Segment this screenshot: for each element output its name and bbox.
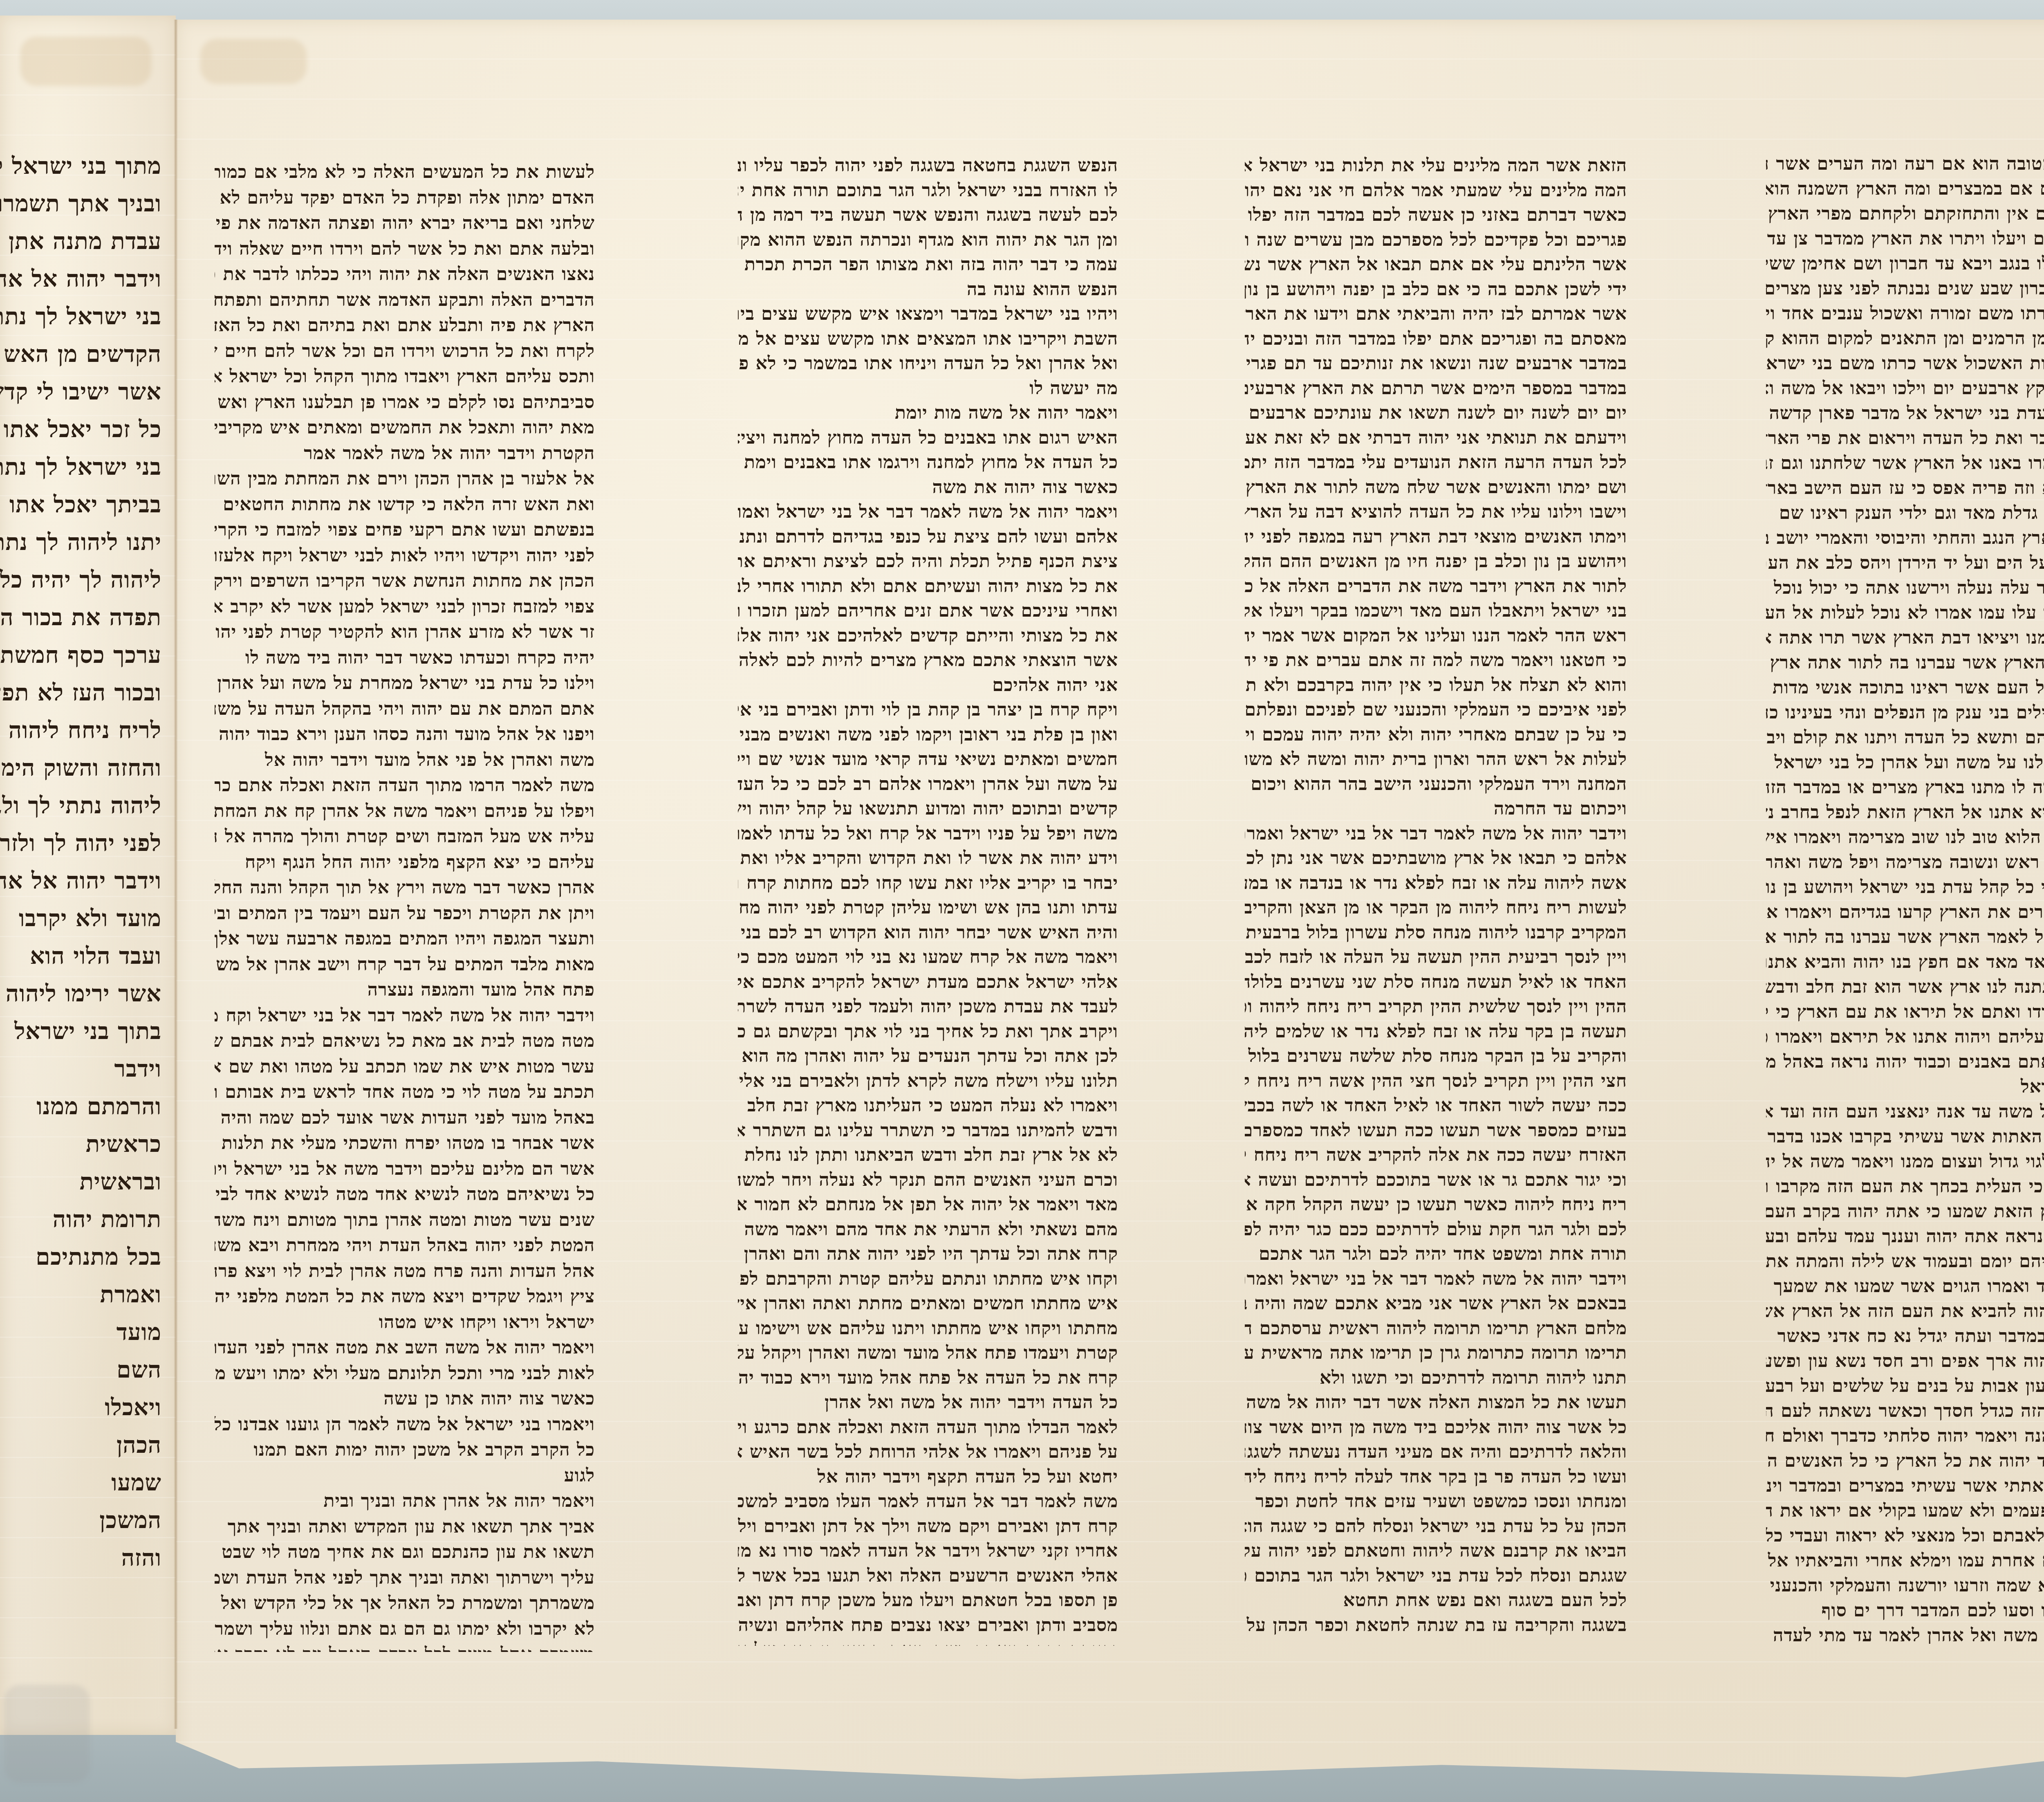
- text-line: יתנו ליהוה לך נתתים: [0, 523, 161, 561]
- text-line: עליה אש מעל המזבח ושים קטרת והולך מהרה א…: [215, 824, 595, 850]
- text-line: ובלעה אתם ואת כל אשר להם וירדו חיים שאלה…: [215, 236, 595, 262]
- text-line: הנפש השגגת בחטאה בשגגה לפני יהוה לכפר על…: [738, 153, 1118, 178]
- text-line: משה ואהרן אל פני אהל מועד וידבר יהוה אל: [215, 747, 595, 773]
- text-line: באהל מועד לפני העדות אשר אועד לכם שמה וה…: [215, 1105, 595, 1131]
- text-line: פגריכם וכל פקדיכם לכל מספרכם מבן עשרים ש…: [1245, 228, 1627, 253]
- text-line: ושם ימתו והאנשים אשר שלח משה לתור את האר…: [1245, 475, 1627, 500]
- text-line: הכהן על כל עדת בני ישראל ונסלח להם כי שג…: [1245, 1514, 1627, 1539]
- text-line: וישבו וילונו עליו את כל העדה להוציא דבה …: [1245, 500, 1627, 525]
- text-line: וידבר יהוה אל אהרן וא: [0, 260, 161, 298]
- text-line: ולמה יהוה מביא אתנו אל הארץ הזאת לנפל בח…: [1766, 800, 2044, 825]
- text-line: בני ישראל לך נתתים ל: [0, 298, 161, 335]
- text-line: כי חטאנו ויאמר משה למה זה אתם עברים את פ…: [1245, 648, 1627, 673]
- text-line: ויאמר יהוה אל משה עד אנה ינאצני העם הזה …: [1766, 1099, 2044, 1124]
- text-line: ביהוה אל תמרדו ואתם אל תיראו את עם הארץ …: [1766, 999, 2044, 1024]
- text-line: ובראשית: [0, 1163, 161, 1201]
- text-line: להם וישחטם במדבר ועתה יגדל נא כח אדני כא…: [1766, 1324, 2044, 1349]
- text-line: מאות מלבד המתים על דבר קרח וישב אהרן אל …: [215, 952, 595, 978]
- text-line: דברת לאמר יהוה ארך אפים ורב חסד נשא עון …: [1766, 1349, 2044, 1373]
- text-line: וידבר יהוה אל משה לאמר דבר אל בני ישראל …: [215, 1003, 595, 1029]
- text-line: הזה כאיש אחד ואמרו הגוים אשר שמעו את שמע…: [1766, 1274, 2044, 1299]
- text-line: טובה הארץ מאד מאד אם חפץ בנו יהוה והביא …: [1766, 949, 2044, 974]
- text-line: הנפש ההוא עונה בה: [738, 277, 1118, 302]
- text-line: לכם לעשה בשגגה והנפש אשר תעשה ביד רמה מן…: [738, 203, 1118, 228]
- text-line: והערים בצרות גדלת מאד וגם ילדי הענק ראינ…: [1766, 500, 2044, 525]
- text-line: ישראל לאמר הארץ אשר עברנו בה לתור אתה אר…: [1766, 650, 2044, 675]
- text-line: מלחם הארץ תרימו תרומה ליהוה ראשית ערסתכם…: [1245, 1316, 1627, 1341]
- text-line: ציצת הכנף פתיל תכלת והיה לכם לציצת וראית…: [738, 549, 1118, 574]
- text-line: מאסתם בה ופגריכם אתם יפלו במדבר הזה ובני…: [1245, 327, 1627, 352]
- text-line: האזרח יעשה ככה את אלה להקריב אשה ריח ניח…: [1245, 1143, 1627, 1168]
- text-line: בנפשתם ועשו אתם רקעי פחים צפוי למזבח כי …: [215, 517, 595, 543]
- text-line: שמעו: [0, 1464, 161, 1501]
- text-line: כל העדה אל מחוץ למחנה וירגמו אתו באבנים …: [738, 450, 1118, 475]
- text-line: וידעתם את תנואתי אני יהוה דברתי אם לא זא…: [1245, 426, 1627, 451]
- text-line: ויאמרו לא נעלה המעט כי העליתנו מארץ זבת …: [738, 1093, 1118, 1118]
- text-line: על משה ועל אהרן ויאמרו אלהם רב לכם כי כל…: [738, 772, 1118, 797]
- text-line: ואמרת: [0, 1276, 161, 1313]
- text-line: ואת האש זרה הלאה כי קדשו את מחתות החטאים…: [215, 492, 595, 518]
- text-line: אשר אמרתם לבז יהיה והביאתי אתם וידעו את …: [1245, 302, 1627, 327]
- text-line: ועבד הלוי הוא: [0, 937, 161, 975]
- text-line: תכתב על מטה לוי כי מטה אחד לראש בית אבות…: [215, 1079, 595, 1105]
- text-line: בלילה ההוא וילנו על משה ועל אהרן כל בני …: [1766, 750, 2044, 775]
- text-line: הביאו את קרבנם אשה ליהוה וחטאתם לפני יהו…: [1245, 1539, 1627, 1564]
- text-line: אשר הלינתם עלי אם אתם תבאו אל הארץ אשר נ…: [1245, 252, 1627, 277]
- text-line: לפני איביכם כי העמלקי והכנעני שם לפניכם …: [1245, 698, 1627, 723]
- sheet-seam-left: [174, 20, 178, 1729]
- text-line: אשכול על אדות האשכול אשר כרתו משם בני יש…: [1766, 351, 2044, 376]
- text-line: וטפנו יהיו לבז הלוא טוב לנו שוב מצרימה ו…: [1766, 825, 2044, 850]
- text-line: בביתך יאכל אתו כל: [0, 486, 161, 523]
- text-line: תרימו תרומה כתרומת גרן כן תרימו אתה מראש…: [1245, 1341, 1627, 1366]
- text-line: וידבר יהוה אל משה לאמר דבר אל בני ישראל …: [1245, 821, 1627, 846]
- text-line: אתי זה עשר פעמים ולא שמעו בקולי אם יראו …: [1766, 1498, 2044, 1523]
- text-line: קטרת ויעמדו פתח אהל מועד ומשה ואהרן ויקה…: [738, 1341, 1118, 1366]
- text-line: בעמק מחר פנו וסעו לכם המדבר דרך ים סוף: [1766, 1598, 2044, 1623]
- text-line: לאות לבני מרי ותכל תלונתם מעלי ולא ימתו …: [215, 1361, 595, 1387]
- text-line: והיה האיש אשר יבחר יהוה הוא הקדוש רב לכם…: [738, 920, 1118, 945]
- text-line: לקרח ואת כל הרכוש וירדו הם וכל אשר להם ח…: [215, 339, 595, 364]
- text-line: עמלק יושב בארץ הנגב והחתי והיבוסי והאמרי…: [1766, 525, 2044, 550]
- text-line: עליך וישרתוך ואתה ובניך אתך לפני אהל העד…: [215, 1565, 595, 1591]
- text-line: משמרתך ומשמרת כל האהל אך אל כלי הקדש ואל…: [215, 1591, 595, 1616]
- text-line: ראש ההר לאמר הננו ועלינו אל המקום אשר אמ…: [1245, 624, 1627, 649]
- text-line: בהנה הבמחנים אם במבצרים ומה הארץ השמנה ה…: [1766, 176, 2044, 201]
- text-line: תלונו עליו וישלח משה לקרא לדתן ולאבירם ב…: [738, 1069, 1118, 1094]
- text-line: שנים עשר מטות ומטה אהרן בתוך מטותם וינח …: [215, 1207, 595, 1233]
- text-line: האיש רגום אתו באבנים כל העדה מחוץ למחנה …: [738, 426, 1118, 451]
- text-line: אלהם כי תבאו אל ארץ מושבתיכם אשר אני נתן…: [1245, 846, 1627, 871]
- text-line: קרח את כל העדה אל פתח אהל מועד וירא כבוד…: [738, 1366, 1118, 1391]
- text-line: פתח אהל מועד והמגפה נעצרה: [215, 977, 595, 1003]
- text-line: עקב היתה רוח אחרת עמו וימלא אחרי והביאתי…: [1766, 1548, 2044, 1573]
- text-line: ומן הגר את יהוה הוא מגדף ונכרתה הנפש ההו…: [738, 228, 1118, 253]
- text-line: כל נשיאיהם מטה לנשיא אחד מטה לנשיא אחד ל…: [215, 1182, 595, 1207]
- text-line: כל זכר יאכל אתו קד: [0, 411, 161, 448]
- text-line: יהיה כקרח וכעדתו כאשר דבר יהוה ביד משה ל…: [215, 645, 595, 671]
- text-line: יום יום לשנה יום לשנה תשאו את עונתיכם אר…: [1245, 401, 1627, 426]
- text-line: לריח ניחח ליהוה: [0, 711, 161, 749]
- text-line: השם: [0, 1351, 161, 1389]
- text-line: שגגתם ונסלח לכל עדת בני ישראל ולגר הגר ב…: [1245, 1564, 1627, 1589]
- text-line: במוט בשנים ומן הרמנים ומן התאנים למקום ה…: [1766, 326, 2044, 351]
- text-line: מאד ויאמר אל יהוה אל תפן אל מנחתם לא חמו…: [738, 1192, 1118, 1217]
- text-line: עליהם כי יצא הקצף מלפני יהוה החל הנגף וי…: [215, 850, 595, 875]
- text-line: אשר ירימו ליהוה: [0, 975, 161, 1012]
- text-line: וידבר: [0, 1050, 161, 1088]
- parchment-stain: [4, 1685, 90, 1783]
- text-line: כל הקרב הקרב אל משכן יהוה ימות האם תמנו: [215, 1437, 595, 1463]
- text-line: וידבר יהוה אל משה ואל אהרן לאמר עד מתי ל…: [1766, 1623, 2044, 1644]
- text-line: ויפלו על פניהם ויאמר משה אל אהרן קח את ה…: [215, 799, 595, 824]
- text-line: משה ויפל על פניו וידבר אל קרח ואל כל עדת…: [738, 821, 1118, 846]
- text-line: ודבש להמיתנו במדבר כי תשתרר עלינו גם השת…: [738, 1118, 1118, 1143]
- text-line: ממצרים ועד הנה ויאמר יהוה סלחתי כדברך וא…: [1766, 1423, 2044, 1448]
- text-line: עשר מטות איש את שמו תכתב על מטהו ואת שם …: [215, 1054, 595, 1080]
- text-line: לפני יהוה ויקדשו ויהיו לאות לבני ישראל ו…: [215, 543, 595, 569]
- text-line: עמה כי דבר יהוה בזה ואת מצותו הפר הכרת ת…: [738, 252, 1118, 277]
- text-line: תתנו ליהוה תרומה לדרתיכם וכי תשגו ולא: [1245, 1366, 1627, 1391]
- text-line: המשכן: [0, 1501, 161, 1539]
- text-line: חמשים ומאתים נשיאי עדה קראי מועד אנשי שם…: [738, 747, 1118, 772]
- text-line: ואחרי עיניכם אשר אתם זנים אחריהם למען תז…: [738, 599, 1118, 624]
- text-line: בן יפנה מן התרים את הארץ קרעו בגדיהם ויא…: [1766, 900, 2044, 925]
- text-line: אחריו זקני ישראל וידבר אל העדה לאמר סורו…: [738, 1539, 1118, 1564]
- text-line: קרח אתה וכל עדתך היו לפני יהוה אתה והם ו…: [738, 1242, 1118, 1267]
- text-line: בני ישראל לך נתתיו: [0, 448, 161, 486]
- parchment-stain: [200, 39, 307, 84]
- text-line: את כל מצותי והייתם קדשים לאלהיכם אני יהו…: [738, 624, 1118, 649]
- text-line: אלהי ישראל אתכם מעדת ישראל להקריב אתכם א…: [738, 970, 1118, 995]
- text-line: לעבד את עבדת משכן יהוה ולעמד לפני העדה ל…: [738, 994, 1118, 1019]
- text-line: ותכס עליהם הארץ ויאבדו מתוך הקהל וכל ישר…: [215, 364, 595, 390]
- text-line: ימי בכורי ענבים ויעלו ויתרו את הארץ ממדב…: [1766, 226, 2044, 251]
- text-line: יושביה הוא וכל העם אשר ראינו בתוכה אנשי …: [1766, 675, 2044, 700]
- text-line: כל העדה וידבר יהוה אל משה ואל אהרן: [738, 1390, 1118, 1415]
- text-line: כאשר צוה יהוה אתו כן עשה: [215, 1386, 595, 1412]
- text-line: אשר נשבעתי לאבתם וכל מנאצי לא יראוה ועבד…: [1766, 1523, 2044, 1548]
- text-line: תורה אחת ומשפט אחד יהיה לכם ולגר הגר אתכ…: [1245, 1242, 1627, 1267]
- parchment-stain: [20, 37, 151, 86]
- text-line: כי על כן שבתם מאחרי יהוה ולא יהיה יהוה ע…: [1245, 723, 1627, 747]
- text-line: אהרן כאשר דבר משה וירץ אל תוך הקהל והנה …: [215, 875, 595, 901]
- text-line: ובניך אתך תשמרו את כ: [0, 185, 161, 222]
- text-line: אתה הלך לפניהם יומם ובעמוד אש לילה והמתה…: [1766, 1249, 2044, 1274]
- text-line: בשגגה והקריבה עז בת שנתה לחטאת וכפר הכהן…: [1245, 1613, 1627, 1638]
- text-line: אהרן ואל כל עדת בני ישראל אל מדבר פארן ק…: [1766, 401, 2044, 426]
- text-column-2: לעשות את כל המעשים האלה כי לא מלבי אם כמ…: [215, 159, 595, 1652]
- text-line: אני יהוה אלהיכם: [738, 673, 1118, 698]
- text-line: ואעשה אתך לגוי גדול ועצום ממנו ויאמר משה…: [1766, 1149, 2044, 1174]
- text-line: לאמר הבדלו מתוך העדה הזאת ואכלה אתם כרגע…: [738, 1415, 1118, 1440]
- text-line: כי חזק הוא ממנו ויציאו דבת הארץ אשר תרו …: [1766, 625, 2044, 650]
- text-line: והוא לא תצלח אל תעלו כי אין יהוה בקרבכם …: [1245, 673, 1627, 698]
- text-line: על פניהם ויאמרו אל אלהי הרוחת לכל בשר הא…: [738, 1440, 1118, 1465]
- text-line: מטה מטה לבית אב מאת כל נשיאהם לבית אבתם …: [215, 1028, 595, 1054]
- text-line: את כל מצות יהוה ועשיתם אתם ולא תתורו אחר…: [738, 574, 1118, 599]
- text-line: והאנשים אשר עלו עמו אמרו לא נוכל לעלות א…: [1766, 600, 2044, 625]
- text-line: הם סר צלם מעליהם ויהוה אתנו אל תיראם ויא…: [1766, 1024, 2044, 1049]
- text-line: על פניהם לפני כל קהל עדת בני ישראל ויהוש…: [1766, 875, 2044, 900]
- text-line: ויקח קרח בן יצהר בן קהת בן לוי ודתן ואבי…: [738, 698, 1118, 723]
- text-line: משה לאמר הרמו מתוך העדה הזאת ואכלה אתם כ…: [215, 773, 595, 799]
- text-line: ילידי הענק וחברון שבע שנים נבנתה לפני צע…: [1766, 276, 2044, 301]
- text-line: אל אלעזר בן אהרן הכהן וירם את המחתת מבין…: [215, 466, 595, 492]
- text-line: וימתו האנשים מוצאי דבת הארץ רעה במגפה לפ…: [1245, 525, 1627, 550]
- text-line: עדת בני ישראל לאמר הארץ אשר עברנו בה לתו…: [1766, 925, 2044, 949]
- text-line: ככה יעשה לשור האחד או לאיל האחד או לשה ב…: [1245, 1093, 1627, 1118]
- text-line: הכהן: [0, 1426, 161, 1464]
- text-line: הארץ הזאת ונתנה לנו ארץ אשר הוא זבת חלב …: [1766, 974, 2044, 999]
- text-line: ראינו את הנפילים בני ענק מן הנפלים ונהי …: [1766, 700, 2044, 725]
- text-line: צפוי למזבח זכרון לבני ישראל למען אשר לא …: [215, 594, 595, 620]
- text-line: וקחו איש מחתתו ונתתם עליהם קטרת והקרבתם …: [738, 1267, 1118, 1292]
- text-line: קדשים ובתוכם יהוה ומדוע תתנשאו על קהל יה…: [738, 797, 1118, 821]
- text-line: לכן אתה וכל עדתך הנעדים על יהוה ואהרן מה…: [738, 1044, 1118, 1069]
- text-line: אשה ליהוה עלה או זבח לפלא נדר או בנדבה א…: [1245, 871, 1627, 896]
- text-line: ויאמרו בני ישראל אל משה לאמר הן גוענו אב…: [215, 1412, 595, 1438]
- text-line: וכי יגור אתכם גר או אשר בתוככם לדרתיכם ו…: [1245, 1168, 1627, 1193]
- text-line: השבת ויקריבו אתו המצאים אתו מקשש עצים אל…: [738, 327, 1118, 352]
- text-line: בתוך בני ישראל: [0, 1012, 161, 1050]
- text-line: כראשית: [0, 1125, 161, 1163]
- text-line: תעשו את כל המצות האלה אשר דבר יהוה אל מש…: [1245, 1390, 1627, 1415]
- text-line: אל כל בני ישראל: [1766, 1074, 2044, 1099]
- text-line: הארץ אשר בא שמה וזרעו יורשנה והעמלקי והכ…: [1766, 1573, 2044, 1598]
- text-line: אשר אבחר בו מטהו יפרח והשכתי מעלי את תלנ…: [215, 1131, 595, 1156]
- text-line: ליהוה נתתי לך ולבניך: [0, 787, 161, 824]
- text-line: סביבתיהם נסו לקלם כי אמרו פן תבלענו הארץ…: [215, 390, 595, 415]
- text-line: ותעצר המגפה ויהיו המתים במגפה ארבעה עשר …: [215, 926, 595, 952]
- text-line: והכנעני יושב על הים ועל יד הירדן ויהס כל…: [1766, 550, 2044, 575]
- text-line: חלב ודבש הוא וזה פריה אפס כי עז העם הישב…: [1766, 476, 2044, 500]
- text-line: שלחני ואם בריאה יברא יהוה ופצתה האדמה את…: [215, 211, 595, 236]
- text-line: אהלי האנשים הרשעים האלה ואל תגעו בכל אשר…: [738, 1564, 1118, 1589]
- text-line: והרמתם ממנו: [0, 1088, 161, 1125]
- text-line: את כבדי ואת אתתי אשר עשיתי במצרים ובמדבר…: [1766, 1473, 2044, 1498]
- text-line: הקדשים מן האש כל ק: [0, 335, 161, 373]
- text-line: האדם ימתון אלה ופקדת כל האדם יפקד עליהם …: [215, 185, 595, 211]
- text-line: ויאמר משה אל קרח שמעו נא בני לוי המעט מכ…: [738, 945, 1118, 970]
- text-line: מועד ולא יקרבו: [0, 900, 161, 937]
- text-line: ויין לנסך רביעית ההין תעשה על העלה או לז…: [1245, 945, 1627, 970]
- text-line: המה מלינים עלי שמעתי אמר אלהם חי אני נאם…: [1245, 178, 1627, 203]
- text-line: לא אל ארץ זבת חלב ודבש הביאתנו ותתן לנו …: [738, 1143, 1118, 1168]
- text-line: מה יעשה לו: [738, 376, 1118, 401]
- text-line: במדבר במספר הימים אשר תרתם את הארץ ארבעי…: [1245, 376, 1627, 401]
- text-line: בני ישראל ויתאבלו העם מאד וישכמו בבקר וי…: [1245, 599, 1627, 624]
- text-line: משמרת אהל מועד לכל עבדת האהל וזר לא יקרב…: [215, 1642, 595, 1652]
- text-line: לכם ולגר הגר חקת עולם לדרתיכם ככם כגר יה…: [1245, 1217, 1627, 1242]
- text-line: ערכך כסף חמשת שקלים: [0, 636, 161, 674]
- text-line: אלהם ועשו להם ציצת על כנפי בגדיהם לדרתם …: [738, 525, 1118, 550]
- text-line: הדברים האלה ותבקע האדמה אשר תחתיהם ותפתח: [215, 287, 595, 313]
- text-line: לא יקרבו ולא ימתו גם הם גם אתם ונלוו עלי…: [215, 1616, 595, 1642]
- text-line: עבדת מתנה אתן את כ: [0, 222, 161, 260]
- text-line: אביך אתך תשאו את עון המקדש ואתה ובניך את…: [215, 1514, 595, 1540]
- text-line: המחנה וירד העמלקי והכנעני הישב בהר ההוא …: [1245, 772, 1627, 797]
- text-line: כל אשר צוה יהוה אליכם ביד משה מן היום אש…: [1245, 1415, 1627, 1440]
- text-line: קרח דתן ואבירם ויקם משה וילך אל דתן ואבי…: [738, 1514, 1118, 1539]
- text-line: חצי ההין ויין תקריב לנסך חצי ההין אשה רי…: [1245, 1069, 1627, 1094]
- text-line: אל יושב הארץ הזאת שמעו כי אתה יהוה בקרב …: [1766, 1199, 2044, 1224]
- text-line: לכל העדה הרעה הזאת הנועדים עלי במדבר הזה…: [1245, 450, 1627, 475]
- text-line: יאמינו בי בכל האתות אשר עשיתי בקרבו אכנו…: [1766, 1124, 2044, 1149]
- text-column-4: הזאת אשר המה מלינים עלי את תלנות בני ישר…: [1245, 153, 1627, 1646]
- text-line: משה לאמר דבר אל העדה לאמר העלו מסביב למש…: [738, 1489, 1118, 1514]
- text-line: לא ינקה פקד עון אבות על בנים על שלשים וע…: [1766, 1373, 2044, 1398]
- text-line: לו האזרח בבני ישראל ולגר הגר בתוכם תורה …: [738, 178, 1118, 203]
- text-line: מועד: [0, 1313, 161, 1351]
- text-line: ויאמר יהוה אל משה השב את מטה אהרן לפני ה…: [215, 1335, 595, 1361]
- text-line: ויפנו אל אהל מועד והנה כסהו הענן וירא כב…: [215, 722, 595, 747]
- text-line: היש בה עץ אם אין והתחזקתם ולקחתם מפרי הא…: [1766, 201, 2044, 226]
- text-line: ויתן את הקטרת ויכפר על העם ויעמד בין המת…: [215, 901, 595, 927]
- text-line: מתור הארץ מקץ ארבעים יום וילכו ויבאו אל …: [1766, 376, 2044, 401]
- text-line: אשר הם מלינם עליכם וידבר משה אל בני ישרא…: [215, 1156, 595, 1182]
- text-line: כאשר דברתם באזני כן אעשה לכם במדבר הזה י…: [1245, 203, 1627, 228]
- text-line: המקריב קרבנו ליהוה מנחה סלת עשרון בלול ב…: [1245, 920, 1627, 945]
- text-line: מבלתי יכלת יהוה להביא את העם הזה אל הארץ…: [1766, 1299, 2044, 1324]
- text-line: לפני יהוה לך ולזרעך: [0, 824, 161, 862]
- text-line: אשר ישיבו לי קדש ק: [0, 373, 161, 411]
- text-line: והזה: [0, 1539, 161, 1577]
- text-line: אני וימלא כבוד יהוה את כל הארץ כי כל האנ…: [1766, 1448, 2044, 1473]
- text-line: והלאה לדרתיכם והיה אם מעיני העדה נעשתה ל…: [1245, 1440, 1627, 1465]
- text-line: מאת יהוה ותאכל את החמשים ומאתים איש מקרי…: [215, 415, 595, 441]
- text-line: ובניהם וטפם ויאמר משה בזאת תדעון כי יהוה…: [738, 1638, 1118, 1646]
- text-line: לגוע: [215, 1463, 595, 1489]
- text-line: ויהושע בן נון וכלב בן יפנה חיו מן האנשים…: [1245, 549, 1627, 574]
- text-line: וישיבו אתם דבר ואת כל העדה ויראום את פרי…: [1766, 426, 2044, 451]
- text-line: המטת לפני יהוה באהל העדת ויהי ממחרת ויבא…: [215, 1233, 595, 1259]
- text-line: וידע יהוה את אשר לו ואת הקדוש והקריב אלי…: [738, 846, 1118, 871]
- text-line: בבאכם אל הארץ אשר אני מביא אתכם שמה והיה…: [1245, 1291, 1627, 1316]
- text-line: ואון בן פלת בני ראובן ויקמו לפני משה ואנ…: [738, 723, 1118, 747]
- text-line: העדה לרגום אתם באבנים וכבוד יהוה נראה בא…: [1766, 1049, 2044, 1074]
- text-line: איש מחתתו חמשים ומאתים מחתת ואתה ואהרן א…: [738, 1291, 1118, 1316]
- text-line: כאשר צוה יהוה את משה: [738, 475, 1118, 500]
- text-line: ויקרב אתך ואת כל אחיך בני לוי אתך ובקשתם…: [738, 1019, 1118, 1044]
- text-line: לעלות אל ראש ההר וארון ברית יהוה ומשה לא…: [1245, 747, 1627, 772]
- text-line: לתור את הארץ וידבר משה את הדברים האלה אל…: [1245, 574, 1627, 599]
- text-line: מהם נשאתי ולא הרעתי את אחד מהם ויאמר משה…: [738, 1217, 1118, 1242]
- text-line: נאצו האנשים האלה את יהוה ויהי ככלתו לדבר…: [215, 262, 595, 287]
- text-line: הקטרת וידבר יהוה אל משה לאמר אמר: [215, 441, 595, 467]
- text-line: ציץ ויגמל שקדים ויצא משה את כל המטת מלפנ…: [215, 1284, 595, 1310]
- text-line: וכן היינו בעיניהם ותשא כל העדה ויתנו את …: [1766, 725, 2044, 750]
- text-line: ושמעו מצרים כי העלית בכחך את העם הזה מקר…: [1766, 1174, 2044, 1199]
- text-line: הארץ את פיה ותבלע אתם ואת בתיהם ואת כל ה…: [215, 313, 595, 339]
- text-line: לעשות ריח ניחח ליהוה מן הבקר או מן הצאן …: [1245, 895, 1627, 920]
- text-line: במדבר ארבעים שנה ונשאו את זנותיכם עד תם …: [1245, 351, 1627, 376]
- text-line: ישראל ויראו ויקחו איש מטהו: [215, 1310, 595, 1335]
- text-column-5: הוא ישב בה הטובה הוא אם רעה ומה הערים אש…: [1766, 151, 2044, 1644]
- text-line: הוא ישב בה הטובה הוא אם רעה ומה הערים אש…: [1766, 151, 2044, 176]
- text-line: ועשו כל העדה פר בן בקר אחד לעלה לריח ניח…: [1245, 1465, 1627, 1490]
- text-line: ויאכלו: [0, 1389, 161, 1426]
- text-line: ובכור העז לא תפדה: [0, 674, 161, 711]
- text-line: תרומת יהוה: [0, 1201, 161, 1238]
- text-line: אל משה ויאמר עלה נעלה וירשנו אתה כי יכול…: [1766, 575, 2044, 600]
- text-line: ויכתום עד החרמה: [1245, 797, 1627, 821]
- text-line: תעשה בן בקר עלה או זבח לפלא נדר או שלמים…: [1245, 1019, 1627, 1044]
- text-line: מחתתו ויקחו איש מחתתו ויתנו עליהם אש ויש…: [738, 1316, 1118, 1341]
- text-line: ויספרו לו ויאמרו באנו אל הארץ אשר שלחתנו…: [1766, 451, 2044, 476]
- text-line: בעזים כמספר אשר תעשו ככה תעשו לאחד כמספר…: [1245, 1118, 1627, 1143]
- text-line: ידי לשכן אתכם בה כי אם כלב בן יפנה ויהוש…: [1245, 277, 1627, 302]
- text-line: יבחר בו יקריב אליו זאת עשו קחו לכם מחתות…: [738, 871, 1118, 896]
- text-line: ויאמר יהוה אל משה לאמר דבר אל בני ישראל …: [738, 500, 1118, 525]
- text-line: תפדה את בכור האדם: [0, 599, 161, 636]
- text-line: עדתו ותנו בהן אש ושימו עליהן קטרת לפני י…: [738, 895, 1118, 920]
- text-line: יחטא ועל כל העדה תקצף וידבר יהוה אל: [738, 1465, 1118, 1490]
- text-line: ליהוה לך יהיה כל בכור: [0, 561, 161, 599]
- text-line: אתם המתם את עם יהוה ויהי בהקהל העדה על מ…: [215, 696, 595, 722]
- text-line: וידבר יהוה אל אהרן: [0, 862, 161, 900]
- text-line: אשר הוצאתי אתכם מארץ מצרים להיות לכם לאל…: [738, 648, 1118, 673]
- text-line: הכהן את מחתות הנחשת אשר הקריבו השרפים וי…: [215, 568, 595, 594]
- text-line: תשאו את עון כהנתכם וגם את אחיך מטה לוי ש…: [215, 1539, 595, 1565]
- text-line: וכרם העיני האנשים ההם תנקר לא נעלה ויחר …: [738, 1168, 1118, 1193]
- text-column-3: הנפש השגגת בחטאה בשגגה לפני יהוה לכפר על…: [738, 153, 1118, 1646]
- text-line: האחד או לאיל תעשה מנחה סלת שני עשרנים בל…: [1245, 970, 1627, 995]
- text-line: וילנו כל עדת בני ישראל ממחרת על משה ועל …: [215, 671, 595, 696]
- text-line: הזאת אשר המה מלינים עלי את תלנות בני ישר…: [1245, 153, 1627, 178]
- text-line: לכל העם בשגגה ואם נפש אחת תחטא: [1245, 1588, 1627, 1613]
- text-line: והחזה והשוק הימין לך: [0, 749, 161, 787]
- text-line: מתוך בני ישראל לכם מת: [0, 147, 161, 185]
- text-line: ויהיו בני ישראל במדבר וימצאו איש מקשש עצ…: [738, 302, 1118, 327]
- text-line: לבא חמת ויעלו בנגב ויבא עד חברון ושם אחי…: [1766, 251, 2044, 276]
- text-line: ומנחתו ונסכו כמשפט ושעיר עזים אחד לחטת ו…: [1245, 1489, 1627, 1514]
- text-column-far-left: מתוך בני ישראל לכם מתובניך אתך תשמרו את …: [0, 147, 161, 1644]
- text-line: מסביב ודתן ואבירם יצאו נצבים פתח אהליהם …: [738, 1613, 1118, 1638]
- text-line: בכל מתנתיכם: [0, 1238, 161, 1276]
- text-line: נחל אשכל ויכרתו משם זמורה ואשכול ענבים א…: [1766, 301, 2044, 326]
- text-line: ריח ניחח ליהוה כאשר תעשו כן יעשה הקהל חק…: [1245, 1192, 1627, 1217]
- text-line: וידבר יהוה אל משה לאמר דבר אל בני ישראל …: [1245, 1267, 1627, 1292]
- text-line: ויאמר יהוה אל משה מות יומת: [738, 401, 1118, 426]
- text-line: פן תספו בכל חטאתם ויעלו מעל משכן קרח דתן…: [738, 1588, 1118, 1613]
- text-line: אשר עין בעין נראה אתה יהוה ועננך עמד עלה…: [1766, 1224, 2044, 1249]
- text-line: זר אשר לא מזרע אהרן הוא להקטיר קטרת לפני…: [215, 619, 595, 645]
- text-line: והקריב על בן הבקר מנחה סלת שלשה עשרנים ב…: [1245, 1044, 1627, 1069]
- text-line: נא לעון העם הזה כגדל חסדך וכאשר נשאתה לע…: [1766, 1398, 2044, 1423]
- text-line: ההין ויין לנסך שלשית ההין תקריב ריח ניחח…: [1245, 994, 1627, 1019]
- text-line: אהל העדות והנה פרח מטה אהרן לבית לוי ויצ…: [215, 1259, 595, 1284]
- text-line: אלהם כל העדה לו מתנו בארץ מצרים או במדבר…: [1766, 775, 2044, 800]
- text-line: ויאמר יהוה אל אהרן אתה ובניך ובית: [215, 1488, 595, 1514]
- text-line: לעשות את כל המעשים האלה כי לא מלבי אם כמ…: [215, 159, 595, 185]
- text-line: אל אחיו נתנה ראש ונשובה מצרימה ויפל משה …: [1766, 850, 2044, 875]
- text-line: ואל אהרן ואל כל העדה ויניחו אתו במשמר כי…: [738, 351, 1118, 376]
